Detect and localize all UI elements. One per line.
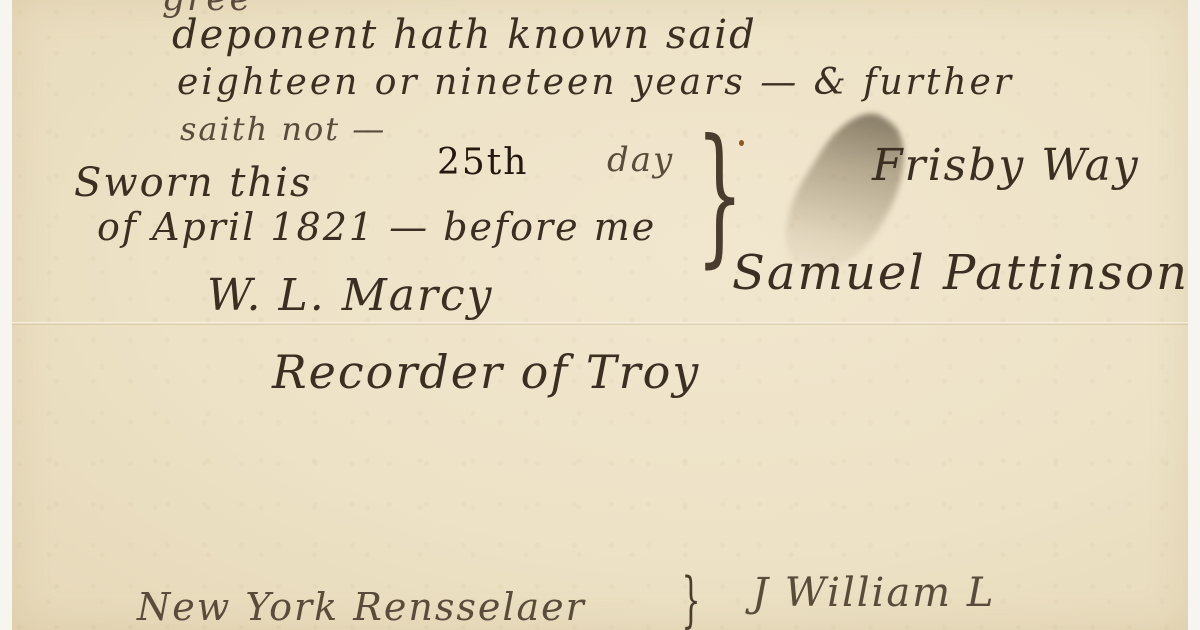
fold-crease bbox=[12, 322, 1188, 325]
text-line-2: eighteen or nineteen years — & further bbox=[177, 62, 1014, 103]
document-page: gree deponent hath known said eighteen o… bbox=[12, 0, 1188, 630]
signature-deponent-2: Samuel Pattinson bbox=[732, 245, 1189, 301]
text-line-1: deponent hath known said bbox=[172, 12, 757, 58]
text-line-3: saith not — bbox=[180, 110, 386, 148]
signature-deponent-1: Frisby Way bbox=[872, 140, 1140, 191]
bottom-line-right: J William L bbox=[752, 570, 995, 616]
jurat-sworn: Sworn this bbox=[74, 160, 312, 206]
bottom-line-left: New York Rensselaer bbox=[137, 585, 586, 629]
jurat-month-year: of April 1821 — before me bbox=[97, 205, 656, 249]
bottom-brace: } bbox=[682, 570, 701, 630]
jurat-day-word: day bbox=[607, 140, 674, 180]
signature-official-name: W. L. Marcy bbox=[207, 270, 494, 321]
jurat-day-number: 25th bbox=[437, 142, 528, 183]
official-title: Recorder of Troy bbox=[272, 345, 700, 399]
